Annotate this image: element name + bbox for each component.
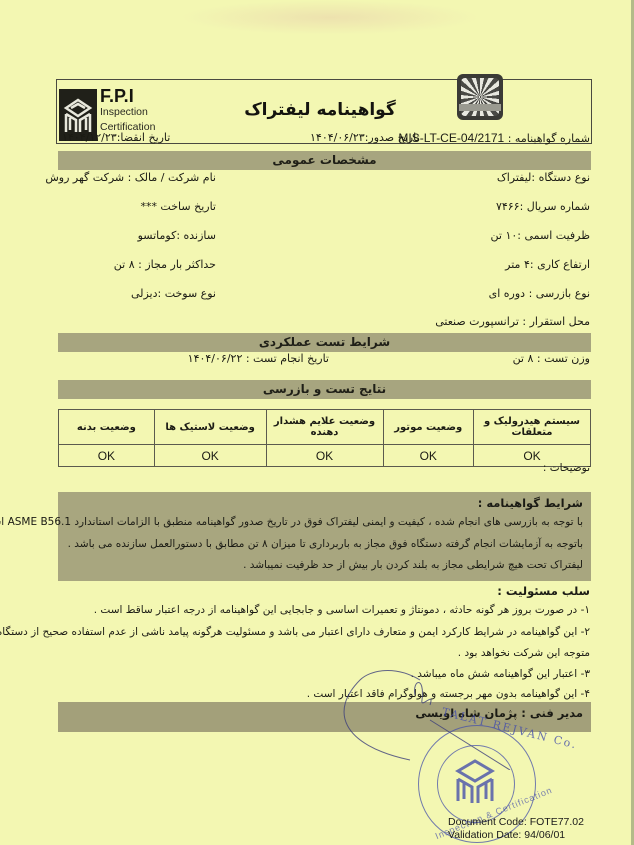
certificate-condition-3: لیفتراک تحت هیچ شرایطی مجاز به بلند کردن… [243,559,583,571]
certificate-condition-1: با توجه به بازرسی های انجام شده ، کیفیت … [0,516,583,528]
document-title: گواهینامه لیفتراک [200,100,440,120]
brand-name: F.P.I [100,87,155,105]
col-tires-status: وضعیت لاستیک ها [154,410,266,445]
validation-date: Validation Date: 94/06/01 [448,829,565,841]
stamp-logo-icon [452,755,498,805]
nominal-capacity: ظرفیت اسمی :۱۰ تن [491,229,590,242]
section-test-results: نتایج تست و بازرسی [58,380,591,399]
fpi-brand: F.P.I Inspection Certification [100,87,155,135]
inspection-type: نوع بازرسی : دوره ای [489,287,590,300]
body-status-value: OK [59,445,155,467]
disclaimer-item-2: ۲- این گواهینامه در شرایط کارکرد ایمن و … [0,626,590,638]
results-header-row: سیستم هیدرولیک و متعلقات وضعیت موتور وضع… [59,410,591,445]
serial-number: شماره سریال :۷۴۶۶ [496,200,590,213]
device-type: نوع دستگاه :لیفتراک [497,171,590,184]
results-value-row: OK OK OK OK OK [59,445,591,467]
certificate-conditions-box: شرایط گواهینامه : با توجه به بازرسی های … [58,492,591,581]
disclaimer-item-1: ۱- در صورت بروز هر گونه حادثه ، دمونتاژ … [94,604,590,616]
owner-company: نام شرکت / مالک : شرکت گهر روش [45,171,216,184]
max-allowed-load: حداکثر بار مجاز : ۸ تن [114,258,216,271]
engine-status-value: OK [383,445,473,467]
brand-line-1: Inspection [100,105,155,120]
col-hydraulic-system: سیستم هیدرولیک و متعلقات [473,410,590,445]
fuel-type: نوع سوخت :دیزلی [131,287,216,300]
faded-stamp-mark [180,0,480,35]
working-height: ارتفاع کاری :۴ متر [505,258,590,271]
col-warning-signs-status: وضعیت علایم هشدار دهنده [266,410,383,445]
expiry-date: تاریخ انقضا:۱۴۰۴/۱۲/۲۳ [62,131,170,144]
tires-status-value: OK [154,445,266,467]
results-table: سیستم هیدرولیک و متعلقات وضعیت موتور وضع… [58,409,591,467]
certification-seal-icon [457,74,503,120]
certificate-condition-2: باتوجه به آزمایشات انجام گرفته دستگاه فو… [68,538,583,550]
section-general-specs: مشخصات عمومی [58,151,591,170]
document-code: Document Code: FOTE77.02 [448,816,584,828]
col-body-status: وضعیت بدنه [59,410,155,445]
section-test-conditions: شرایط تست عملکردی [58,333,591,352]
disclaimer-title: سلب مسئولیت : [497,584,590,598]
installation-location: محل استقرار : ترانسپورت صنعتی [435,315,590,328]
manufacturer: سازنده :کوماتسو [138,229,216,242]
col-engine-status: وضعیت موتور [383,410,473,445]
manufacture-date: تاریخ ساخت *** [140,200,216,213]
test-weight: وزن تست : ۸ تن [513,352,590,365]
warning-signs-value: OK [266,445,383,467]
certificate-number-label: شماره گواهینامه : [508,132,590,145]
certificate-conditions-title: شرایط گواهینامه : [478,496,583,510]
test-date: تاریخ انجام تست : ۱۴۰۴/۰۶/۲۲ [188,352,329,365]
certificate-number: شماره گواهینامه : MIS-LT-CE-04/2171 [398,131,590,145]
issue-date: تاریخ صدور:۱۴۰۴/۰۶/۲۳ [310,131,420,144]
notes-label: توضیحات : [543,462,590,474]
